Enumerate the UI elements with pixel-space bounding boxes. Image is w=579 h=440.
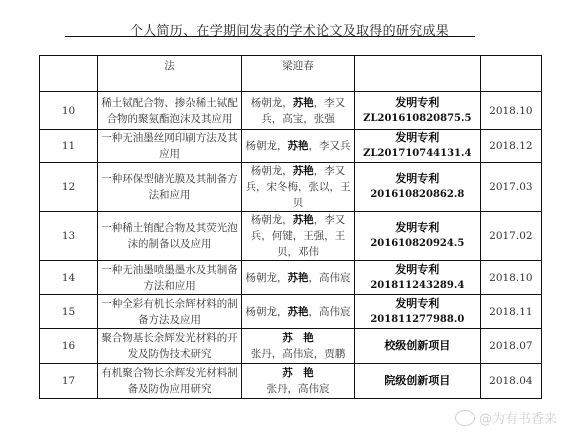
watermark-text: @为有书香来 [479, 408, 557, 427]
weibo-icon [455, 410, 475, 426]
cell-title: 法 [98, 56, 242, 92]
cell-type: 发明专利201610820862.8 [354, 163, 480, 212]
cell-no: 10 [40, 92, 98, 130]
highlighted-author: 苏 艳 [244, 330, 352, 346]
table-row-continued: 法 梁迎春 [40, 56, 542, 92]
highlighted-author: 苏艳 [293, 214, 314, 226]
cell-no: 16 [40, 329, 98, 364]
highlighted-author: 苏艳 [293, 97, 314, 109]
cell-authors: 杨朝龙，苏艳，李又兵，高宝，张强 [242, 92, 355, 130]
cell-date: 2017.02 [480, 212, 541, 261]
cell-type: 发明专利201811277988.0 [354, 295, 480, 329]
cell-type [354, 56, 480, 92]
table-row: 17 有机聚合物长余辉发光材料制备及防伪应用研究 苏 艳张丹，高伟宸 院级创新项… [40, 364, 542, 399]
cell-no: 14 [40, 261, 98, 295]
cell-no [40, 56, 98, 92]
cell-date: 2018.04 [480, 364, 541, 399]
table-row: 14 一种无油墨喷墨墨水及其制备方法和应用 杨朝龙，苏艳，高伟宸 发明专利201… [40, 261, 542, 295]
cell-type: 发明专利ZL201710744131.4 [354, 130, 480, 163]
cell-no: 11 [40, 130, 98, 163]
cell-date: 2018.10 [480, 261, 541, 295]
cell-no: 15 [40, 295, 98, 329]
cell-authors: 杨朝龙，苏艳，高伟宸 [242, 261, 355, 295]
cell-title: 一种环保型储光膜及其制备方法和应用 [98, 163, 242, 212]
cell-authors: 苏 艳张丹，高伟宸 [242, 364, 355, 399]
cell-date: 2018.12 [480, 130, 541, 163]
table-row: 13 一种稀土铕配合物及其荧光泡沫的制备以及应用 杨朝龙，苏艳，李又兵，何键，王… [40, 212, 542, 261]
cell-title: 一种无油墨喷墨墨水及其制备方法和应用 [98, 261, 242, 295]
table-row: 11 一种无油墨丝网印刷方法及其应用 杨朝龙，苏艳，李又兵 发明专利ZL2017… [40, 130, 542, 163]
highlighted-author: 苏艳 [288, 140, 309, 152]
table-row: 16 聚合物基长余辉发光材料的开发及防伪技术研究 苏 艳张丹，高伟宸，贾鹏 校级… [40, 329, 542, 364]
cell-authors: 杨朝龙，苏艳，李又兵，何键，王强，王贝，邓伟 [242, 212, 355, 261]
cell-authors: 杨朝龙，苏艳，高伟宸 [242, 295, 355, 329]
cell-date: 2018.10 [480, 92, 541, 130]
highlighted-author: 苏艳 [293, 165, 314, 177]
cell-type: 发明专利201811243289.4 [354, 261, 480, 295]
cell-title: 一种无油墨丝网印刷方法及其应用 [98, 130, 242, 163]
cell-type: 发明专利ZL201610820875.5 [354, 92, 480, 130]
cell-no: 12 [40, 163, 98, 212]
cell-title: 聚合物基长余辉发光材料的开发及防伪技术研究 [98, 329, 242, 364]
cell-date: 2017.03 [480, 163, 541, 212]
header-rule [65, 36, 475, 37]
cell-date: 2018.07 [480, 329, 541, 364]
watermark: @为有书香来 [455, 408, 557, 427]
cell-date: 2018.11 [480, 295, 541, 329]
cell-type: 校级创新项目 [354, 329, 480, 364]
cell-authors: 杨朝龙，苏艳，李又兵 [242, 130, 355, 163]
cell-title: 有机聚合物长余辉发光材料制备及防伪应用研究 [98, 364, 242, 399]
cell-type: 发明专利201610820924.5 [354, 212, 480, 261]
cell-authors: 梁迎春 [242, 56, 355, 92]
cell-title: 稀土铽配合物、掺杂稀土铽配合物的聚氨酯泡沫及其应用 [98, 92, 242, 130]
cell-type: 院级创新项目 [354, 364, 480, 399]
table-row: 12 一种环保型储光膜及其制备方法和应用 杨朝龙，苏艳，李又兵，宋冬梅，张以，王… [40, 163, 542, 212]
cell-title: 一种稀土铕配合物及其荧光泡沫的制备以及应用 [98, 212, 242, 261]
highlighted-author: 苏 艳 [244, 365, 352, 381]
cell-authors: 苏 艳张丹，高伟宸，贾鹏 [242, 329, 355, 364]
highlighted-author: 苏艳 [288, 306, 309, 318]
table-row: 10 稀土铽配合物、掺杂稀土铽配合物的聚氨酯泡沫及其应用 杨朝龙，苏艳，李又兵，… [40, 92, 542, 130]
research-results-table: 法 梁迎春 10 稀土铽配合物、掺杂稀土铽配合物的聚氨酯泡沫及其应用 杨朝龙，苏… [39, 55, 542, 399]
cell-authors: 杨朝龙，苏艳，李又兵，宋冬梅，张以，王贝 [242, 163, 355, 212]
cell-date [480, 56, 541, 92]
cell-no: 17 [40, 364, 98, 399]
table-row: 15 一种全彩有机长余辉材料的制备方法及应用 杨朝龙，苏艳，高伟宸 发明专利20… [40, 295, 542, 329]
cell-title: 一种全彩有机长余辉材料的制备方法及应用 [98, 295, 242, 329]
cell-no: 13 [40, 212, 98, 261]
highlighted-author: 苏艳 [288, 272, 309, 284]
